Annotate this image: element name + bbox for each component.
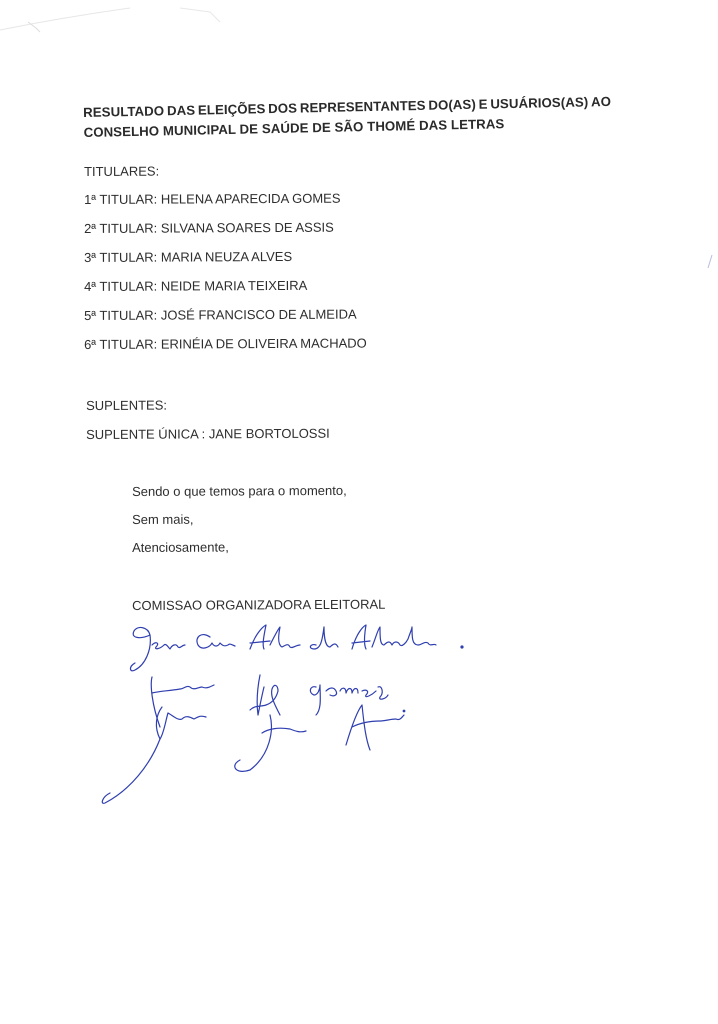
titular-6: 6ª TITULAR: ERINÉIA DE OLIVEIRA MACHADO bbox=[84, 336, 367, 352]
titular-1: 1ª TITULAR: HELENA APARECIDA GOMES bbox=[84, 191, 341, 207]
signatory-committee: COMISSAO ORGANIZADORA ELEITORAL bbox=[132, 597, 385, 613]
titular-3: 3ª TITULAR: MARIA NEUZA ALVES bbox=[84, 249, 292, 265]
title-word: AO bbox=[591, 92, 611, 112]
title-word: RESULTADO bbox=[83, 101, 164, 123]
title-word: DAS bbox=[167, 101, 196, 122]
closing-line-1: Sendo o que temos para o momento, bbox=[132, 483, 347, 499]
title-word: ELEIÇÕES bbox=[198, 99, 266, 120]
signature-helena-silvana bbox=[102, 677, 214, 803]
titular-5: 5ª TITULAR: JOSÉ FRANCISCO DE ALMEIDA bbox=[84, 307, 357, 323]
title-word: DO(AS) bbox=[428, 95, 476, 116]
title-word: E bbox=[478, 95, 487, 115]
handwritten-signatures bbox=[90, 615, 490, 815]
suplentes-label: SUPLENTES: bbox=[86, 398, 167, 413]
titulares-label: TITULARES: bbox=[84, 164, 159, 179]
titular-4: 4ª TITULAR: NEIDE MARIA TEIXEIRA bbox=[84, 278, 307, 294]
scanned-page: RESULTADODASELEIÇÕESDOSREPRESENTANTESDO(… bbox=[0, 0, 718, 1024]
scan-artifacts bbox=[0, 0, 718, 1024]
titular-2: 2ª TITULAR: SILVANA SOARES DE ASSIS bbox=[84, 220, 334, 236]
closing-line-3: Atenciosamente, bbox=[132, 539, 229, 555]
signature-assis bbox=[346, 705, 405, 750]
signature-gomes bbox=[235, 675, 388, 771]
document-title: RESULTADODASELEIÇÕESDOSREPRESENTANTESDO(… bbox=[83, 92, 614, 143]
closing-line-2: Sem mais, bbox=[132, 512, 193, 527]
suplente-unica: SUPLENTE ÚNICA : JANE BORTOLOSSI bbox=[86, 426, 330, 442]
signature-jean bbox=[130, 625, 463, 671]
title-word: REPRESENTANTES bbox=[300, 96, 426, 119]
title-word: USUÁRIOS(AS) bbox=[490, 92, 588, 114]
title-word: DOS bbox=[268, 99, 297, 120]
